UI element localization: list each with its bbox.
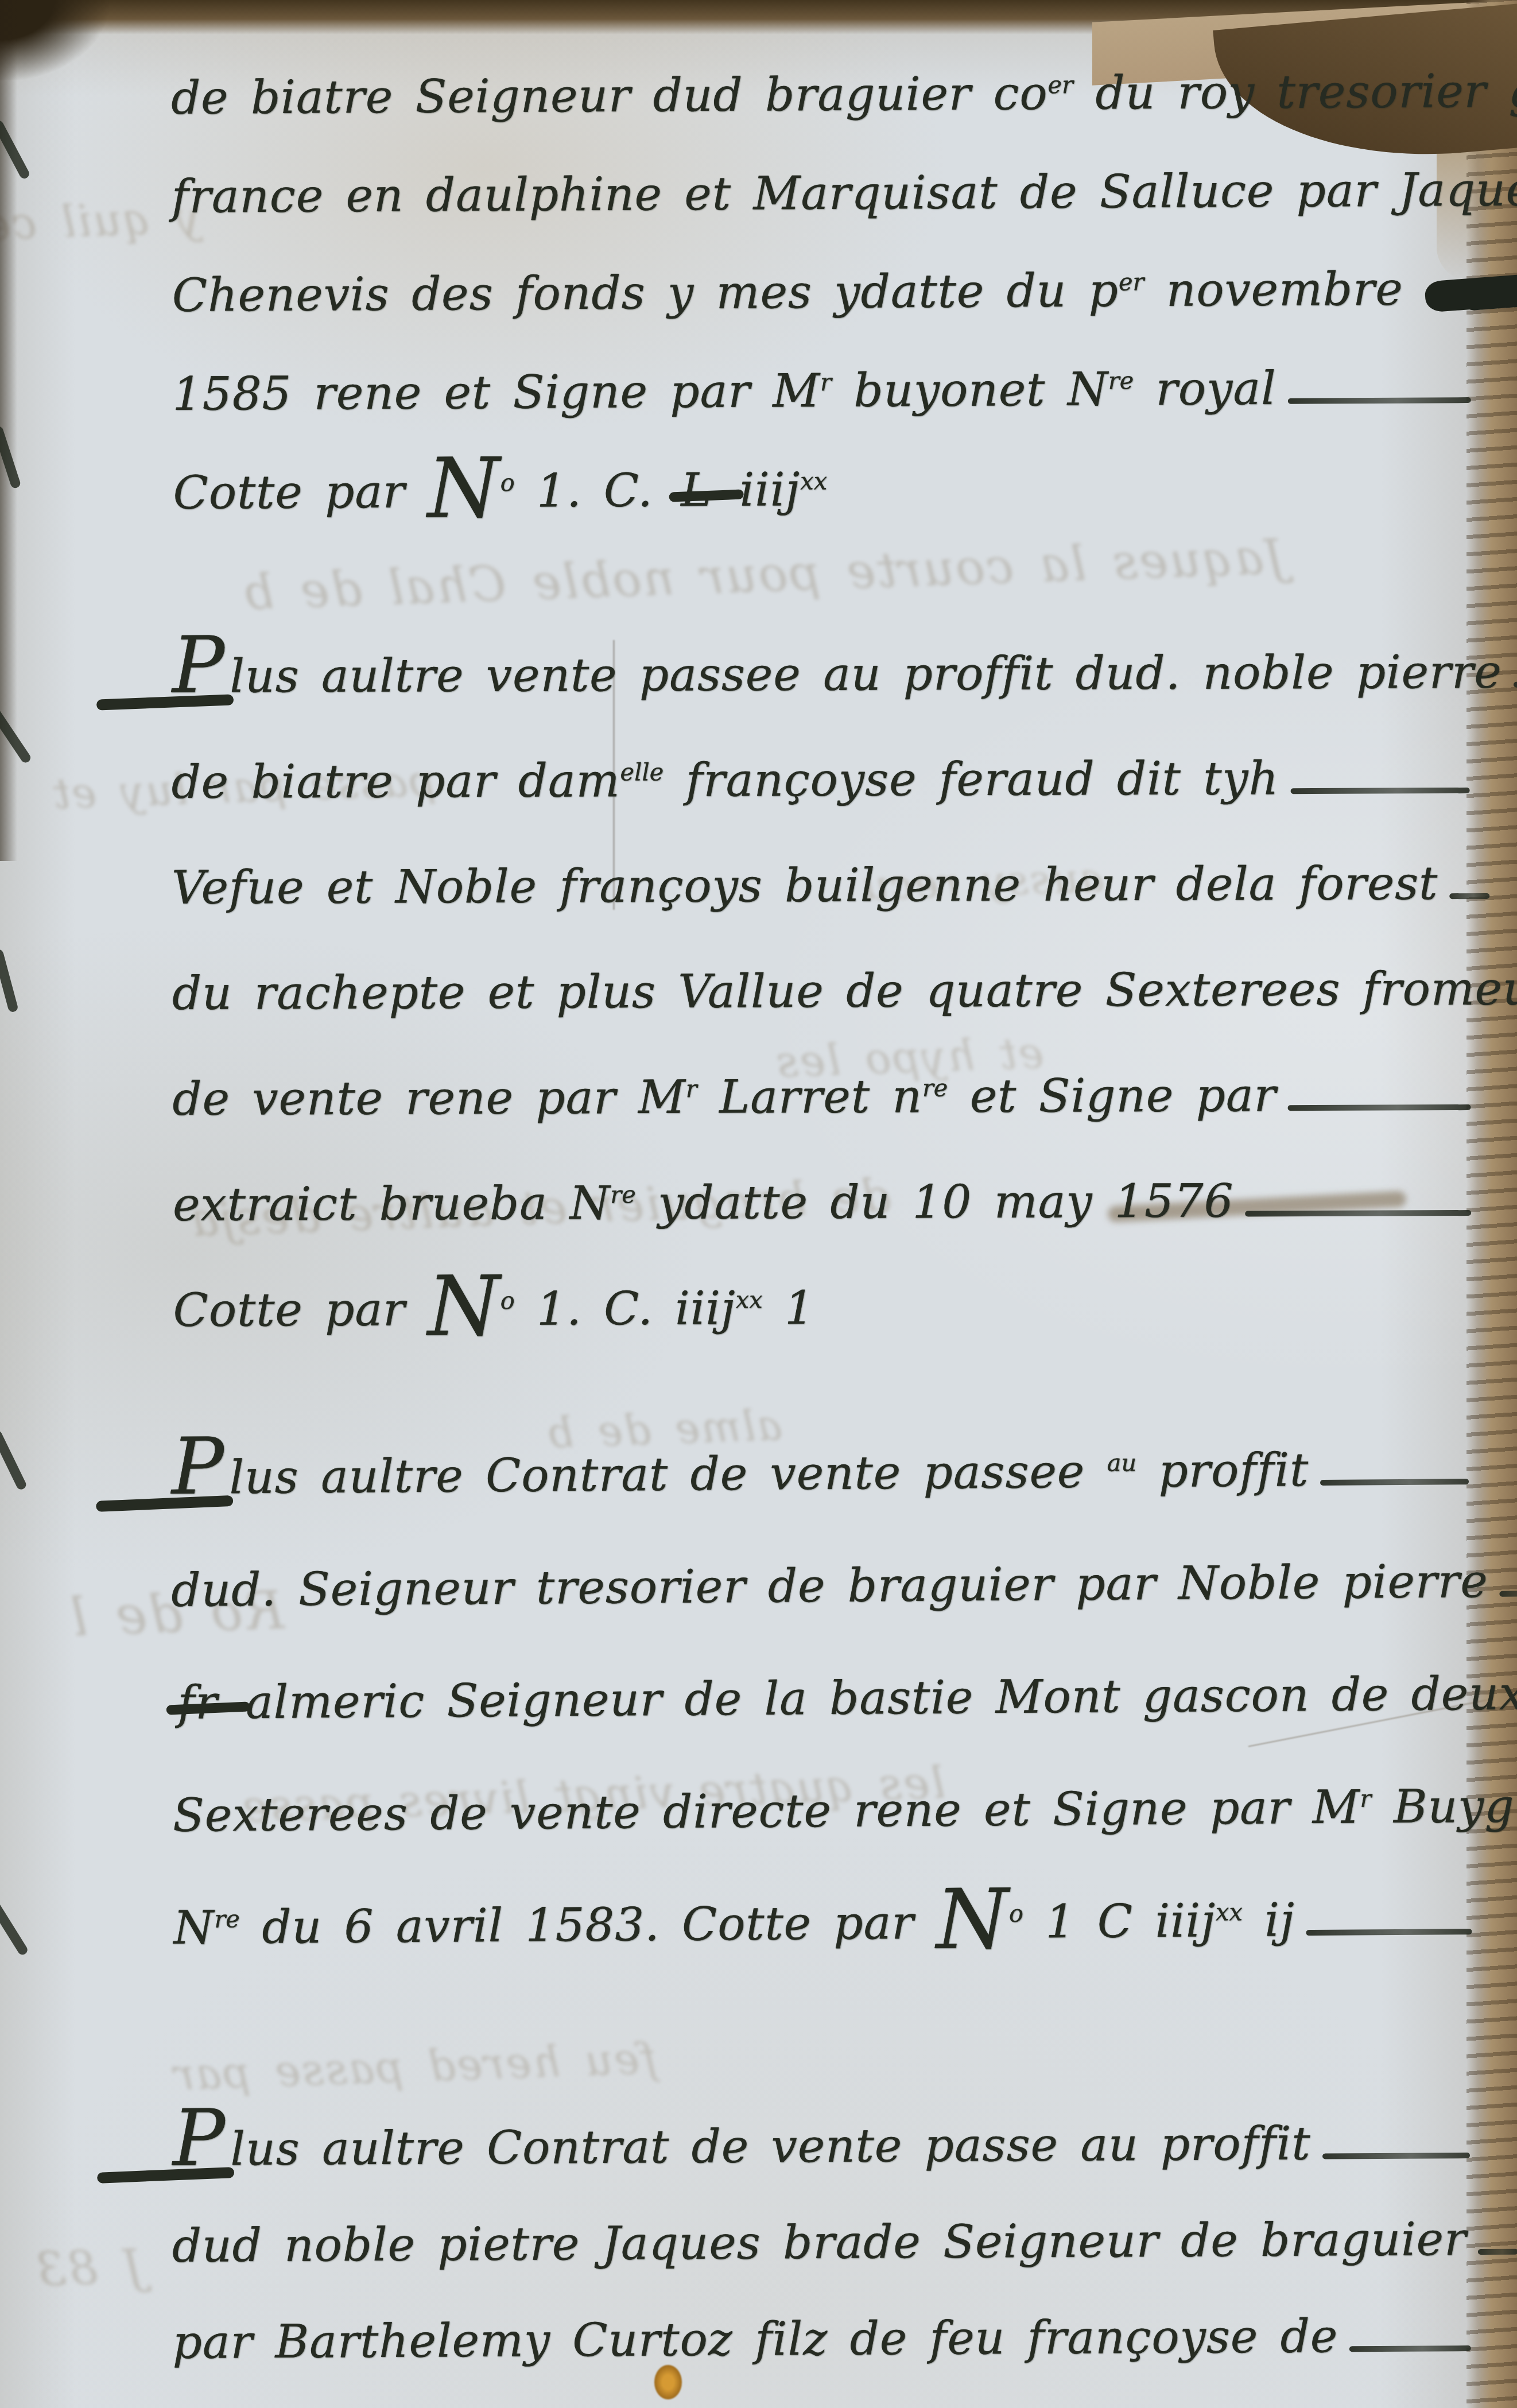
- manuscript-line: Plus aultre Contrat de vente passee au p…: [170, 1442, 1469, 1564]
- flourished-letter: N: [936, 1871, 1009, 1968]
- superscript-abbreviation: elle: [620, 758, 664, 786]
- line-text: par Barthelemy Curtoz filz de feu franço…: [172, 2309, 1338, 2369]
- superscript-abbreviation: o: [500, 468, 514, 497]
- manuscript-line: de vente rene par Mr Larret nre et Signe…: [172, 1068, 1471, 1178]
- manuscript-line: de biatre Seigneur dud braguier coer du …: [171, 64, 1470, 170]
- line-text: france en daulphine et Marquisat de Sall…: [172, 162, 1517, 223]
- ink-trail-stroke: [1246, 1210, 1472, 1216]
- ink-trail-stroke: [1306, 1929, 1472, 1936]
- manuscript-photo: y quil ce Jaques la courte pour noble Ch…: [0, 0, 1517, 2408]
- manuscript-line: Plus aultre vente passee au proffit dud.…: [171, 645, 1470, 755]
- ink-trail-stroke: [1322, 2153, 1470, 2159]
- manuscript-line: Chenevis des fonds y mes ydatte du per n…: [172, 262, 1471, 367]
- line-text: extraict brueba Nre ydatte du 10 may 157…: [173, 1174, 1234, 1231]
- struck-text: L: [675, 463, 718, 517]
- line-text: dud noble pietre Jaques brade Seigneur d…: [172, 2212, 1467, 2273]
- ink-blot: [1424, 272, 1517, 313]
- line-text: Plus aultre vente passee au proffit dud.…: [171, 645, 1502, 703]
- manuscript-line: extraict brueba Nre ydatte du 10 may 157…: [173, 1173, 1472, 1284]
- line-text: de biatre par damelle françoyse feraud d…: [171, 751, 1279, 809]
- superscript-abbreviation: o: [501, 1286, 515, 1314]
- superscript-abbreviation: re: [1108, 366, 1134, 394]
- line-text: Plus aultre Contrat de vente passee au p…: [170, 1443, 1309, 1504]
- manuscript-line: Vefue et Noble françoys builgenne heur d…: [172, 856, 1471, 967]
- superscript-abbreviation: er: [1047, 71, 1073, 99]
- line-text: dud. Seigneur tresorier de braguier par …: [171, 1554, 1488, 1617]
- superscript-abbreviation: r: [1360, 1785, 1371, 1813]
- line-text: Cotte par No 1. C. L iiijxx: [173, 463, 827, 519]
- ink-trail-stroke: [1349, 2345, 1471, 2352]
- superscript-abbreviation: au: [1107, 1448, 1136, 1476]
- manuscript-paragraph: Plus aultre Contrat de vente passe au pr…: [172, 2116, 1472, 2408]
- paragraph-initial: P: [171, 621, 230, 711]
- superscript-abbreviation: er: [1119, 267, 1144, 296]
- ink-trail-stroke: [1500, 1591, 1517, 1596]
- ink-trail-stroke: [1449, 893, 1489, 899]
- superscript-abbreviation: xx: [800, 467, 827, 495]
- manuscript-line: Cotte par No 1. C. L iiijxx: [173, 459, 1472, 565]
- line-text: 1585 rene et Signe par Mr buyonet Nre ro…: [172, 362, 1276, 421]
- paragraph-initial: P: [171, 2093, 230, 2184]
- manuscript-text-block: de biatre Seigneur dud braguier coer du …: [0, 0, 1517, 2408]
- manuscript-line: Plus aultre Contrat de vente passe au pr…: [172, 2116, 1471, 2219]
- manuscript-line: dud. Seigneur tresorier de braguier par …: [171, 1554, 1470, 1676]
- line-text: Sexterees de vente directe rene et Signe…: [173, 1779, 1517, 1842]
- line-text: Plus aultre Contrat de vente passe au pr…: [172, 2117, 1311, 2176]
- ink-trail-stroke: [1514, 682, 1517, 688]
- line-text: Nre du 6 avril 1583. Cotte par No 1 C ii…: [173, 1893, 1295, 1955]
- manuscript-paragraph: Plus aultre vente passee au proffit dud.…: [171, 645, 1472, 1389]
- manuscript-line: par Barthelemy Curtoz filz de feu franço…: [172, 2309, 1471, 2408]
- line-text: de vente rene par Mr Larret nre et Signe…: [172, 1068, 1277, 1126]
- paragraph-initial: P: [170, 1421, 230, 1513]
- line-text: Chenevis des fonds y mes ydatte du per n…: [172, 261, 1517, 322]
- ink-trail-stroke: [1290, 788, 1469, 794]
- superscript-abbreviation: r: [686, 1075, 697, 1103]
- superscript-abbreviation: re: [610, 1180, 636, 1208]
- superscript-abbreviation: r: [820, 368, 832, 396]
- manuscript-paragraph: de biatre Seigneur dud braguier coer du …: [171, 64, 1472, 565]
- superscript-abbreviation: re: [214, 1905, 240, 1933]
- line-text: de biatre Seigneur dud braguier coer du …: [171, 63, 1517, 125]
- flourished-letter: N: [427, 440, 501, 537]
- superscript-abbreviation: o: [1009, 1899, 1023, 1928]
- flourished-letter: N: [427, 1258, 501, 1354]
- manuscript-paragraph: Plus aultre Contrat de vente passee au p…: [170, 1442, 1473, 2014]
- manuscript-line: Nre du 6 avril 1583. Cotte par No 1 C ii…: [173, 1892, 1472, 2014]
- manuscript-line: Sexterees de vente directe rene et Signe…: [173, 1779, 1472, 1901]
- superscript-abbreviation: xx: [736, 1286, 763, 1314]
- ink-trail-stroke: [1478, 2249, 1517, 2255]
- manuscript-line: fr almeric Seigneur de la bastie Mont ga…: [172, 1667, 1471, 1789]
- struck-text: fr: [172, 1676, 224, 1730]
- manuscript-line: du rachepte et plus Vallue de quatre Sex…: [172, 962, 1471, 1072]
- manuscript-line: france en daulphine et Marquisat de Sall…: [172, 163, 1471, 269]
- line-text: Vefue et Noble françoys builgenne heur d…: [172, 856, 1438, 914]
- ink-trail-stroke: [1320, 1479, 1469, 1486]
- manuscript-line: Cotte par No 1. C. iiijxx 1: [173, 1279, 1472, 1389]
- line-text: Cotte par No 1. C. iiijxx 1: [173, 1281, 815, 1337]
- line-text: du rachepte et plus Vallue de quatre Sex…: [172, 962, 1517, 1020]
- line-text: fr almeric Seigneur de la bastie Mont ga…: [172, 1666, 1517, 1729]
- manuscript-line: 1585 rene et Signe par Mr buyonet Nre ro…: [172, 360, 1471, 466]
- manuscript-line: de biatre par damelle françoyse feraud d…: [171, 751, 1470, 861]
- manuscript-line: dud noble pietre Jaques brade Seigneur d…: [172, 2212, 1471, 2316]
- ink-trail-stroke: [1288, 397, 1471, 404]
- ink-trail-stroke: [1288, 1104, 1471, 1111]
- superscript-abbreviation: xx: [1216, 1898, 1243, 1926]
- superscript-abbreviation: re: [922, 1074, 948, 1102]
